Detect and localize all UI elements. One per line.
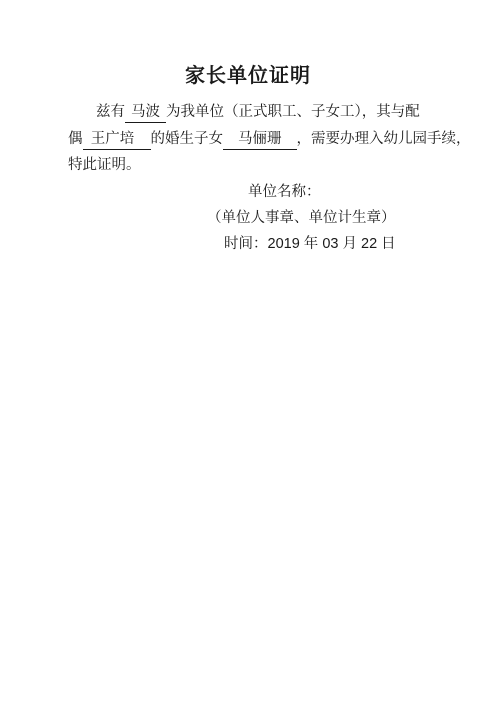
body-line1-rest: 为我单位（正式职工、子女工），其与配 bbox=[166, 104, 420, 120]
unit-name-label: 单位名称： bbox=[248, 182, 321, 202]
body-line2-middle: 的婚生子女 bbox=[151, 131, 224, 147]
spouse-name-blank: 王广培 bbox=[83, 130, 151, 150]
document-title: 家长单位证明 bbox=[0, 59, 496, 88]
child-name-blank: 马俪珊 bbox=[223, 130, 297, 150]
date-line: 时间：2019 年 03 月 22 日 bbox=[224, 234, 396, 254]
body-line-1: 兹有马波为我单位（正式职工、子女工），其与配 bbox=[68, 102, 420, 123]
body-line1-prefix: 兹有 bbox=[96, 104, 125, 120]
parent-name-blank: 马波 bbox=[125, 103, 166, 123]
body-closing-line: 特此证明。 bbox=[68, 155, 141, 175]
body-line2-suffix: ，需要办理入幼儿园手续， bbox=[297, 131, 471, 147]
certificate-page: 家长单位证明 兹有马波为我单位（正式职工、子女工），其与配 偶王广培的婚生子女马… bbox=[0, 0, 496, 702]
body-line2-prefix: 偶 bbox=[68, 131, 83, 147]
seal-note: （单位人事章、单位计生章） bbox=[207, 208, 396, 228]
body-line-2: 偶王广培的婚生子女马俪珊，需要办理入幼儿园手续， bbox=[68, 129, 471, 150]
